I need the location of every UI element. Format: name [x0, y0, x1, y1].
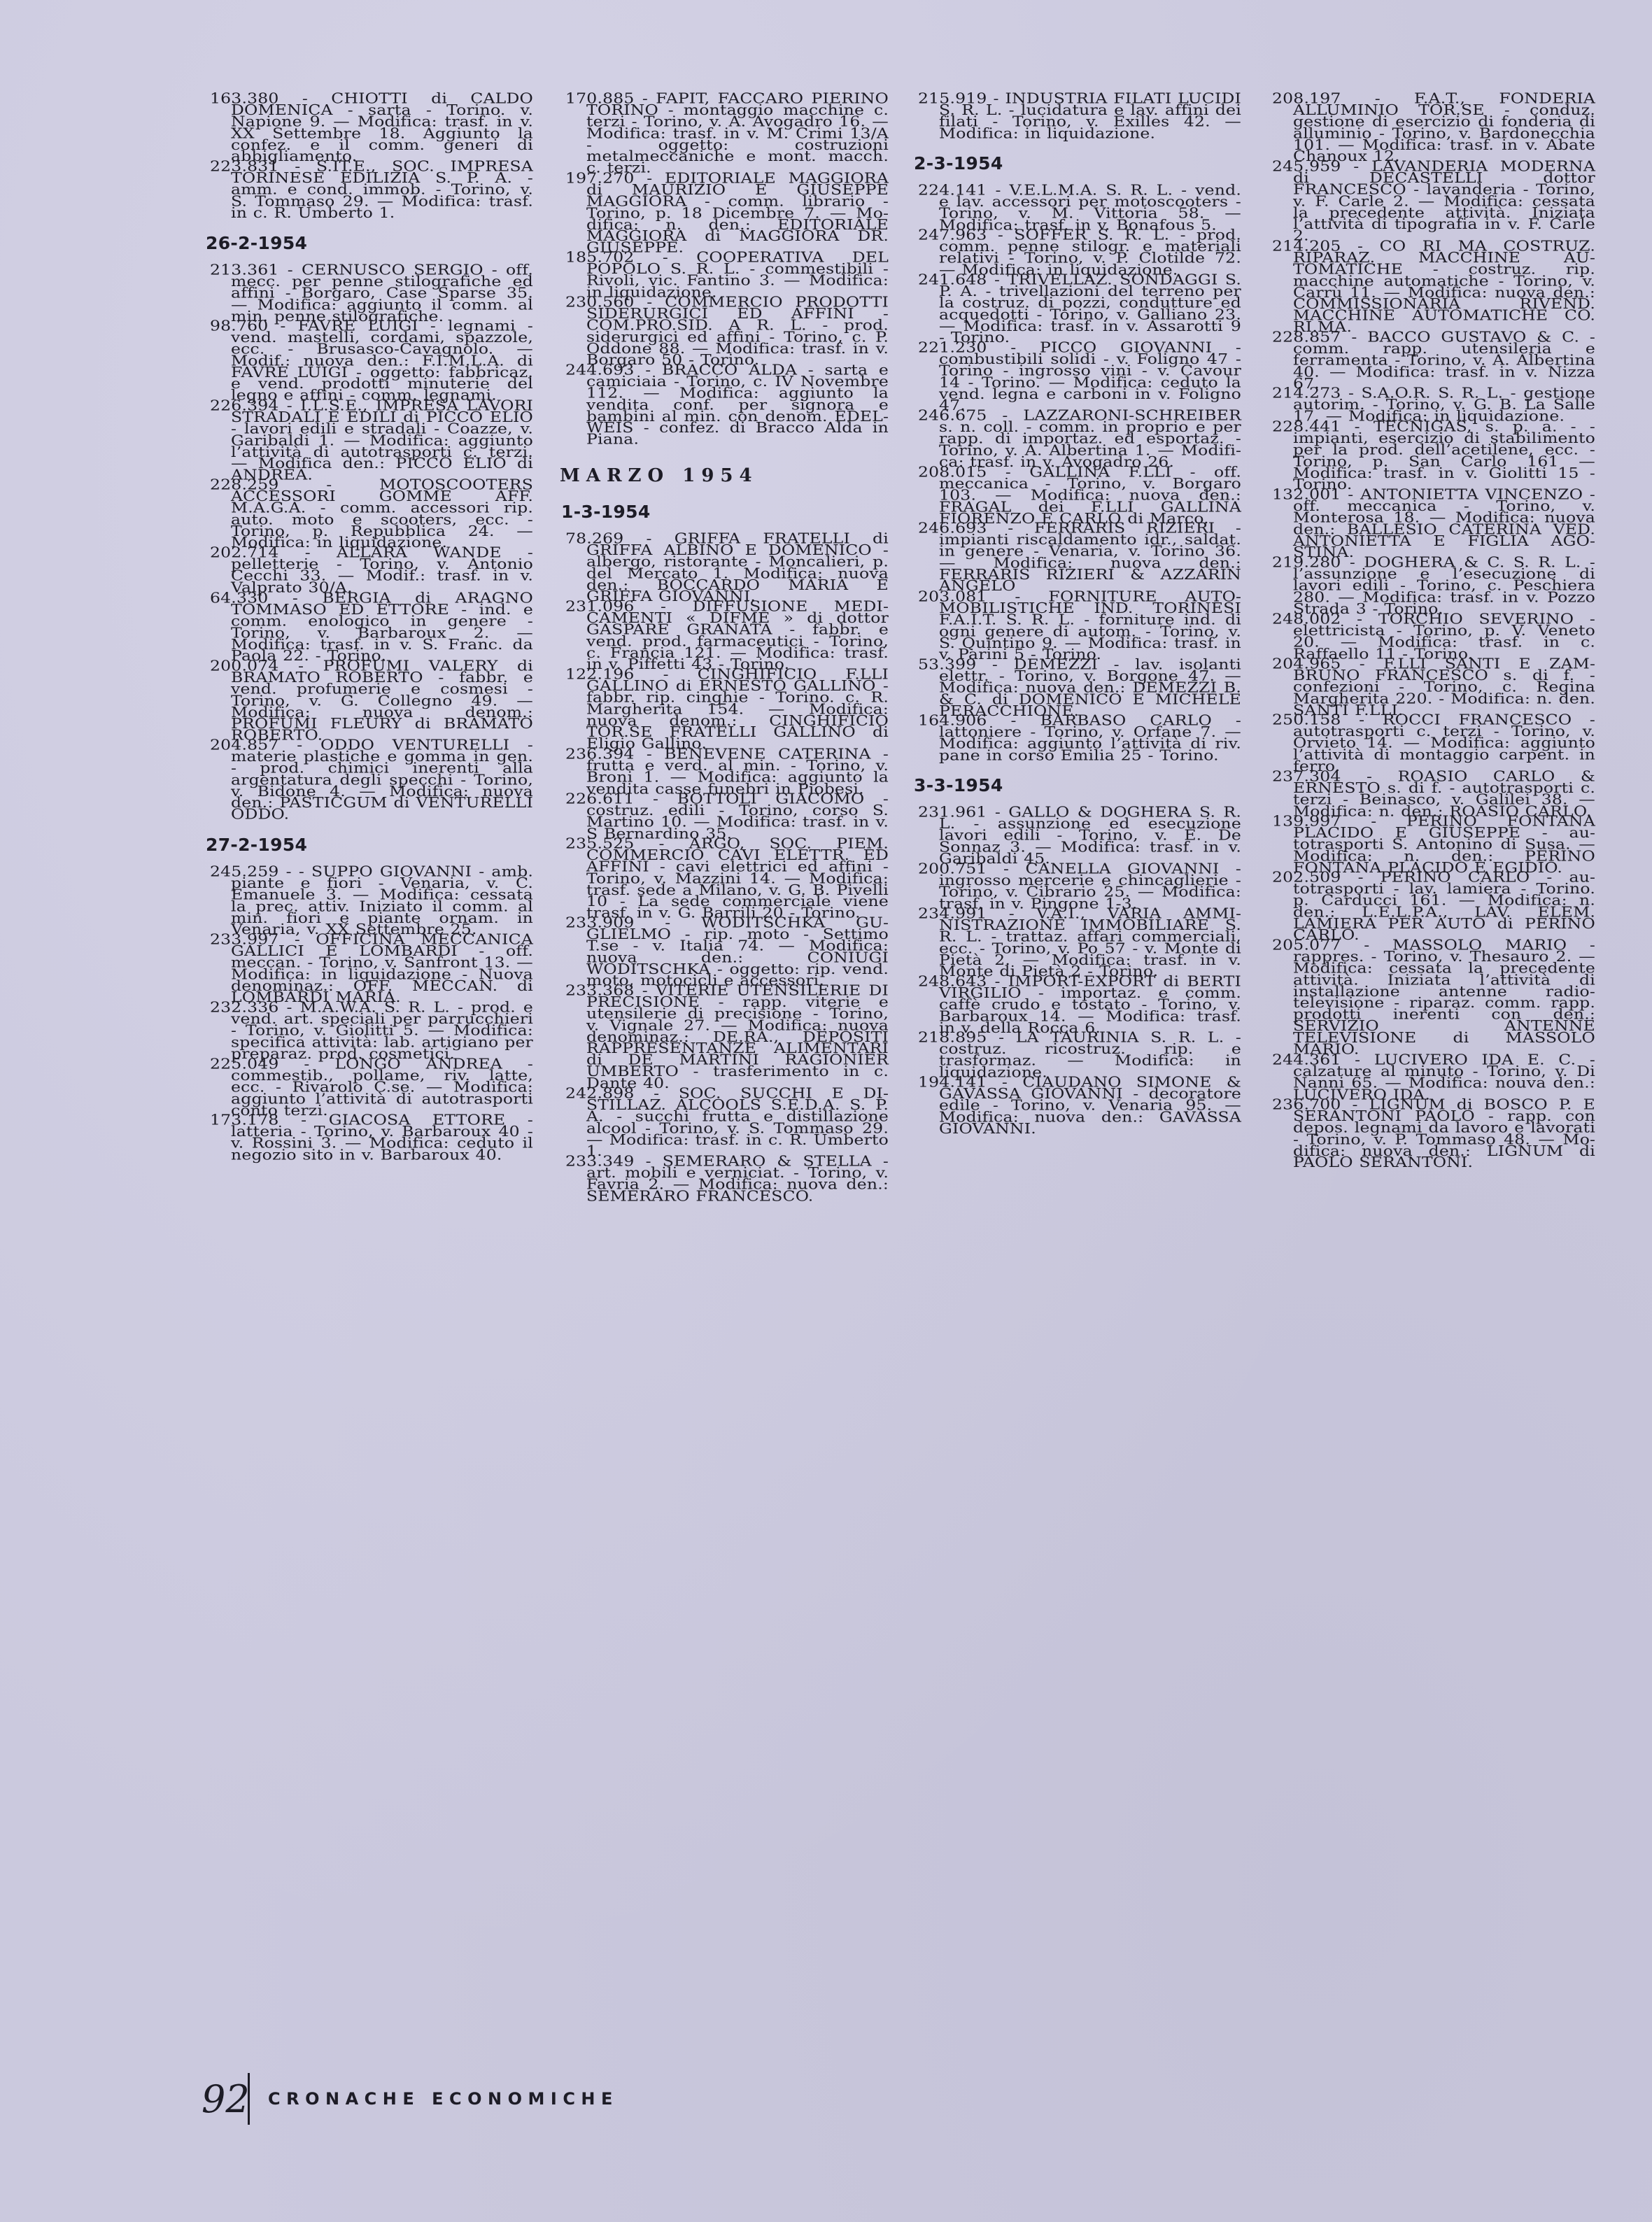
registry-entry: 170.885 - FAPIT, FACCARO PIERINO TORINO …	[565, 93, 889, 174]
registry-columns: 163.380 - CHIOTTI di CALDO DOMENICA - sa…	[210, 93, 1606, 2066]
registry-entry: 226.394 - I.L.S.E., IMPRESA LAVORI STRAD…	[210, 400, 533, 481]
registry-entry-wrapper: 226.394 - I.L.S.E., IMPRESA LAVORI STRAD…	[210, 400, 533, 481]
registry-entry: 214.273 - S.A.O.R. S. R. L. - gestione a…	[1272, 388, 1595, 423]
registry-entry: 132.001 - ANTONIETTA VIN­CENZO - off. me…	[1272, 489, 1595, 558]
registry-entry-wrapper: 214.205 - CO RI MA COSTRUZ. RIPARAZ. MAC…	[1272, 241, 1595, 333]
registry-entry-wrapper: 244.693 - BRACCO ALDA - sarta e camiciai…	[565, 365, 889, 446]
registry-entry: 236.700 - LIGNUM di BOSCO P. E SERANTONI…	[1272, 1099, 1595, 1168]
registry-entry: 244.693 - BRACCO ALDA - sarta e camiciai…	[565, 365, 889, 446]
registry-entry: 241.648 - TRIVELLAZ. SON­DAGGI S. P. A. …	[918, 274, 1241, 344]
registry-entry: 53.399 - DEMEZZI - lav. iso­lanti elettr…	[918, 659, 1241, 717]
registry-entry-wrapper: 170.885 - FAPIT, FACCARO PIERINO TORINO …	[565, 93, 889, 174]
registry-entry: 235.525 - ARGO, SOC. PIEM. COMMERCIO CAV…	[565, 838, 889, 919]
registry-entry-wrapper: 215.919 - INDUSTRIA FILATI LUCIDI S. R. …	[918, 93, 1241, 139]
date-heading: 27-2-1954	[206, 835, 533, 855]
registry-entry: 244.361 - LUCIVERO IDA E. C. - calzature…	[1272, 1054, 1595, 1101]
registry-entry: 200.074 - PROFUMI VALERY di BRAMATO ROBE…	[210, 660, 533, 742]
registry-entry: 230.560 - COMMERCIO PRO­DOTTI SIDERURGIC…	[565, 297, 889, 366]
registry-entry: 228.857 - BACCO GUSTAVO & C. - comm. rap…	[1272, 332, 1595, 390]
registry-entry: 233.997 - OFFICINA MECCA­NICA GALLICI E …	[210, 934, 533, 1003]
registry-entry: 246.675 - LAZZARONI-SCHREI­BER s. n. col…	[918, 410, 1241, 468]
registry-entry: 233.349 - SEMERARO & STEL­LA - art. mobi…	[565, 1156, 889, 1202]
registry-entry-wrapper: 246.693 - FERRARIS RIZIERI - impianti ri…	[918, 523, 1241, 592]
column-4: 208.197 - F.A.T., FONDERIA ALLUMINIO TOR…	[1272, 93, 1595, 1167]
registry-entry: 228.441 - TECNIGAS, s. p. a. - - impiant…	[1272, 421, 1595, 490]
registry-entry-wrapper: 173.178 - GIACOSA ETTORE - latteria - To…	[210, 1114, 533, 1161]
registry-entry-wrapper: 247.963 - SOFFER S. R. L. - prod. comm. …	[918, 229, 1241, 276]
registry-entry: 232.336 - M.A.W.A. S. R. L. - prod. e ve…	[210, 1002, 533, 1060]
registry-entry-wrapper: 205.077 - MASSOLO MARIO - rappres. - Tor…	[1272, 940, 1595, 1055]
registry-entry: 202.509 - PERINO CARLO - au­totrasporti …	[1272, 872, 1595, 941]
registry-entry: 185.702 - COOPERATIVA DEL POPOLO S. R. L…	[565, 252, 889, 298]
registry-entry: 197.270 - EDITORIALE MAG­GIORA di MAURIZ…	[565, 173, 889, 254]
registry-entry: 242.898 - SOC. SUCCHI E DI­STILLAZ. ALCO…	[565, 1088, 889, 1157]
footer-divider	[248, 2073, 250, 2125]
registry-entry: 164.906 - BARBASO CARLO - lattoniere - T…	[918, 715, 1241, 761]
registry-entry-wrapper: 225.049 - LONGO ANDREA - commestib., pol…	[210, 1059, 533, 1117]
registry-entry-wrapper: 214.273 - S.A.O.R. S. R. L. - gestione a…	[1272, 388, 1595, 423]
registry-entry: 173.178 - GIACOSA ETTORE - latteria - To…	[210, 1114, 533, 1161]
registry-entry: 163.380 - CHIOTTI di CALDO DOMENICA - sa…	[210, 93, 533, 162]
registry-entry: 122.196 - CINGHIFICIO F.LLI GALLINO di E…	[565, 669, 889, 750]
date-heading: 26-2-1954	[206, 233, 533, 253]
registry-entry-wrapper: 218.895 - LA TAURINIA S. R. L. - costruz…	[918, 1032, 1241, 1078]
registry-entry-wrapper: 246.675 - LAZZARONI-SCHREI­BER s. n. col…	[918, 410, 1241, 468]
registry-entry-wrapper: 204.965 - F.LLI SANTI E ZAM­BRUNO FRANCE…	[1272, 658, 1595, 716]
page-number: 92	[202, 2077, 245, 2121]
registry-entry-wrapper: 236.700 - LIGNUM di BOSCO P. E SERANTONI…	[1272, 1099, 1595, 1168]
registry-entry-wrapper: 185.702 - COOPERATIVA DEL POPOLO S. R. L…	[565, 252, 889, 298]
registry-entry: 139.997 - PERINO FONTANA PLACIDO E GIUSE…	[1272, 816, 1595, 874]
registry-entry-wrapper: 233.909 - WODITSCHKA GU­GLIELMO - rip. m…	[565, 917, 889, 986]
registry-entry: 213.361 - CERNUSCO SERGIO - off. mecc. p…	[210, 264, 533, 323]
registry-entry: 215.919 - INDUSTRIA FILATI LUCIDI S. R. …	[918, 93, 1241, 139]
registry-entry: 194.141 - CIAUDANO SIMONE & GAVASSA GIOV…	[918, 1077, 1241, 1135]
registry-entry: 218.895 - LA TAURINIA S. R. L. - costruz…	[918, 1032, 1241, 1078]
registry-entry-wrapper: 236.394 - BENEVENE CATERI­NA - frutta e …	[565, 749, 889, 795]
registry-entry: 231.961 - GALLO & DOGHERA S. R. L. - ass…	[918, 807, 1241, 865]
registry-entry-wrapper: 221.230 - PICCO GIOVANNI - combustibili …	[918, 342, 1241, 411]
page-footer: 92 CRONACHE ECONOMICHE	[202, 2071, 619, 2127]
registry-entry: 200.751 - CANELLA GIOVANNI - ingrosso me…	[918, 863, 1241, 910]
registry-entry-wrapper: 245.259 - - SUPPO GIOVANNI - amb. piante…	[210, 866, 533, 935]
column-3: 215.919 - INDUSTRIA FILATI LUCIDI S. R. …	[918, 93, 1241, 1133]
registry-entry-wrapper: 232.336 - M.A.W.A. S. R. L. - prod. e ve…	[210, 1002, 533, 1060]
registry-entry: 234.991 - V.A.I., VARIA AMMI­NISTRAZIONE…	[918, 908, 1241, 977]
registry-entry-wrapper: 98.760 - FAVRE LUIGI - le­gnami - vend. …	[210, 320, 533, 402]
registry-entry-wrapper: 132.001 - ANTONIETTA VIN­CENZO - off. me…	[1272, 489, 1595, 558]
registry-entry: 233.909 - WODITSCHKA GU­GLIELMO - rip. m…	[565, 917, 889, 986]
date-heading: 3-3-1954	[914, 775, 1241, 795]
registry-entry-wrapper: 233.997 - OFFICINA MECCA­NICA GALLICI E …	[210, 934, 533, 1003]
registry-entry-wrapper: 245.959 - LAVANDERIA MO­DERNA di DECASTE…	[1272, 161, 1595, 242]
registry-entry-wrapper: 219.280 - DOGHERA & C. S. R. L. - l’assu…	[1272, 557, 1595, 615]
registry-entry-wrapper: 202.509 - PERINO CARLO - au­totrasporti …	[1272, 872, 1595, 941]
registry-entry: 248.643 - IMPORT-EXPORT di BERTI VIRGILI…	[918, 976, 1241, 1034]
registry-entry-wrapper: 200.751 - CANELLA GIOVANNI - ingrosso me…	[918, 863, 1241, 910]
registry-entry: 202.714 - ALLARA WANDE - pelletterie - T…	[210, 547, 533, 593]
registry-entry-wrapper: 228.259 - MOTOSCOOTERS ACCESSORI GOMME A…	[210, 479, 533, 549]
registry-entry-wrapper: 204.857 - ODDO VENTURELLI - materie plas…	[210, 740, 533, 821]
registry-entry-wrapper: 64.330 - BERGIA di ARAGNO TOMMASO ED ETT…	[210, 593, 533, 662]
registry-entry-wrapper: 231.961 - GALLO & DOGHERA S. R. L. - ass…	[918, 807, 1241, 865]
column-1: 163.380 - CHIOTTI di CALDO DOMENICA - sa…	[210, 93, 533, 1159]
registry-entry-wrapper: 235.525 - ARGO, SOC. PIEM. COMMERCIO CAV…	[565, 838, 889, 919]
registry-entry: 64.330 - BERGIA di ARAGNO TOMMASO ED ETT…	[210, 593, 533, 662]
registry-entry-wrapper: 213.361 - CERNUSCO SERGIO - off. mecc. p…	[210, 264, 533, 323]
registry-entry: 226.611 - BOTTOLI GIACOMO - costruz. edi…	[565, 793, 889, 840]
registry-entry: 219.280 - DOGHERA & C. S. R. L. - l’assu…	[1272, 557, 1595, 615]
registry-entry-wrapper: 242.898 - SOC. SUCCHI E DI­STILLAZ. ALCO…	[565, 1088, 889, 1157]
registry-entry-wrapper: 203.081 - FORNITURE AUTO­MOBILISTICHE IN…	[918, 591, 1241, 660]
registry-entry-wrapper: 250.158 - ROCCI FRANCESCO - autotrasport…	[1272, 714, 1595, 772]
registry-entry: 245.959 - LAVANDERIA MO­DERNA di DECASTE…	[1272, 161, 1595, 242]
registry-entry: 248.002 - TORCHIO SEVERI­NO - elettricis…	[1272, 614, 1595, 660]
registry-entry-wrapper: 231.096 - DIFFUSIONE MEDI­CAMENTI « DIFM…	[565, 601, 889, 670]
registry-entry-wrapper: 208.015 - GALLINA F.LLI - off. meccanica…	[918, 467, 1241, 525]
registry-entry-wrapper: 139.997 - PERINO FONTANA PLACIDO E GIUSE…	[1272, 816, 1595, 874]
date-heading: 2-3-1954	[914, 153, 1241, 174]
registry-entry: 203.081 - FORNITURE AUTO­MOBILISTICHE IN…	[918, 591, 1241, 660]
registry-entry-wrapper: 122.196 - CINGHIFICIO F.LLI GALLINO di E…	[565, 669, 889, 750]
registry-entry-wrapper: 248.643 - IMPORT-EXPORT di BERTI VIRGILI…	[918, 976, 1241, 1034]
registry-entry-wrapper: 230.560 - COMMERCIO PRO­DOTTI SIDERURGIC…	[565, 297, 889, 366]
registry-entry-wrapper: 163.380 - CHIOTTI di CALDO DOMENICA - sa…	[210, 93, 533, 162]
registry-entry-wrapper: 53.399 - DEMEZZI - lav. iso­lanti elettr…	[918, 659, 1241, 717]
registry-entry-wrapper: 202.714 - ALLARA WANDE - pelletterie - T…	[210, 547, 533, 593]
registry-entry-wrapper: 234.991 - V.A.I., VARIA AMMI­NISTRAZIONE…	[918, 908, 1241, 977]
registry-entry-wrapper: 194.141 - CIAUDANO SIMONE & GAVASSA GIOV…	[918, 1077, 1241, 1135]
registry-entry-wrapper: 197.270 - EDITORIALE MAG­GIORA di MAURIZ…	[565, 173, 889, 254]
column-2: 170.885 - FAPIT, FACCARO PIERINO TORINO …	[565, 93, 889, 1201]
registry-entry: 205.077 - MASSOLO MARIO - rappres. - Tor…	[1272, 940, 1595, 1055]
registry-entry: 204.857 - ODDO VENTURELLI - materie plas…	[210, 740, 533, 821]
registry-entry-wrapper: 244.361 - LUCIVERO IDA E. C. - calzature…	[1272, 1054, 1595, 1101]
registry-entry: 78.269 - GRIFFA FRATELLI di GRIFFA ALBIN…	[565, 533, 889, 602]
registry-entry: 247.963 - SOFFER S. R. L. - prod. comm. …	[918, 229, 1241, 276]
registry-entry: 224.141 - V.E.L.M.A. S. R. L. - vend. e …	[918, 185, 1241, 231]
date-heading: 1-3-1954	[561, 502, 889, 522]
registry-entry-wrapper: 223.831 - S.IT.E., SOC. IM­PRESA TORINES…	[210, 161, 533, 219]
registry-entry: 237.304 - ROASIO CARLO & ERNESTO s. di f…	[1272, 771, 1595, 817]
registry-entry: 208.197 - F.A.T., FONDERIA ALLUMINIO TOR…	[1272, 93, 1595, 162]
registry-entry: 208.015 - GALLINA F.LLI - off. meccanica…	[918, 467, 1241, 525]
registry-entry-wrapper: 164.906 - BARBASO CARLO - lattoniere - T…	[918, 715, 1241, 761]
registry-entry-wrapper: 228.857 - BACCO GUSTAVO & C. - comm. rap…	[1272, 332, 1595, 390]
registry-entry-wrapper: 78.269 - GRIFFA FRATELLI di GRIFFA ALBIN…	[565, 533, 889, 602]
registry-entry: 250.158 - ROCCI FRANCESCO - autotrasport…	[1272, 714, 1595, 772]
registry-entry-wrapper: 241.648 - TRIVELLAZ. SON­DAGGI S. P. A. …	[918, 274, 1241, 344]
registry-entry-wrapper: 228.441 - TECNIGAS, s. p. a. - - impiant…	[1272, 421, 1595, 490]
registry-entry: 225.049 - LONGO ANDREA - commestib., pol…	[210, 1059, 533, 1117]
registry-entry: 231.096 - DIFFUSIONE MEDI­CAMENTI « DIFM…	[565, 601, 889, 670]
registry-entry: 233.368 - VITERIE UTENSILE­RIE DI PRECIS…	[565, 985, 889, 1089]
registry-entry: 204.965 - F.LLI SANTI E ZAM­BRUNO FRANCE…	[1272, 658, 1595, 716]
registry-entry-wrapper: 208.197 - F.A.T., FONDERIA ALLUMINIO TOR…	[1272, 93, 1595, 162]
registry-entry-wrapper: 233.368 - VITERIE UTENSILE­RIE DI PRECIS…	[565, 985, 889, 1089]
registry-entry-wrapper: 224.141 - V.E.L.M.A. S. R. L. - vend. e …	[918, 185, 1241, 231]
registry-entry: 228.259 - MOTOSCOOTERS ACCESSORI GOMME A…	[210, 479, 533, 549]
publication-title: CRONACHE ECONOMICHE	[268, 2089, 619, 2109]
month-heading: MARZO 1954	[560, 465, 889, 486]
registry-entry: 236.394 - BENEVENE CATERI­NA - frutta e …	[565, 749, 889, 795]
registry-entry: 98.760 - FAVRE LUIGI - le­gnami - vend. …	[210, 320, 533, 402]
registry-entry-wrapper: 226.611 - BOTTOLI GIACOMO - costruz. edi…	[565, 793, 889, 840]
registry-entry-wrapper: 237.304 - ROASIO CARLO & ERNESTO s. di f…	[1272, 771, 1595, 817]
registry-entry: 221.230 - PICCO GIOVANNI - combustibili …	[918, 342, 1241, 411]
registry-entry-wrapper: 200.074 - PROFUMI VALERY di BRAMATO ROBE…	[210, 660, 533, 742]
registry-entry: 223.831 - S.IT.E., SOC. IM­PRESA TORINES…	[210, 161, 533, 219]
registry-entry: 214.205 - CO RI MA COSTRUZ. RIPARAZ. MAC…	[1272, 241, 1595, 333]
registry-entry-wrapper: 233.349 - SEMERARO & STEL­LA - art. mobi…	[565, 1156, 889, 1202]
registry-entry: 246.693 - FERRARIS RIZIERI - impianti ri…	[918, 523, 1241, 592]
registry-entry: 245.259 - - SUPPO GIOVANNI - amb. piante…	[210, 866, 533, 935]
registry-entry-wrapper: 248.002 - TORCHIO SEVERI­NO - elettricis…	[1272, 614, 1595, 660]
